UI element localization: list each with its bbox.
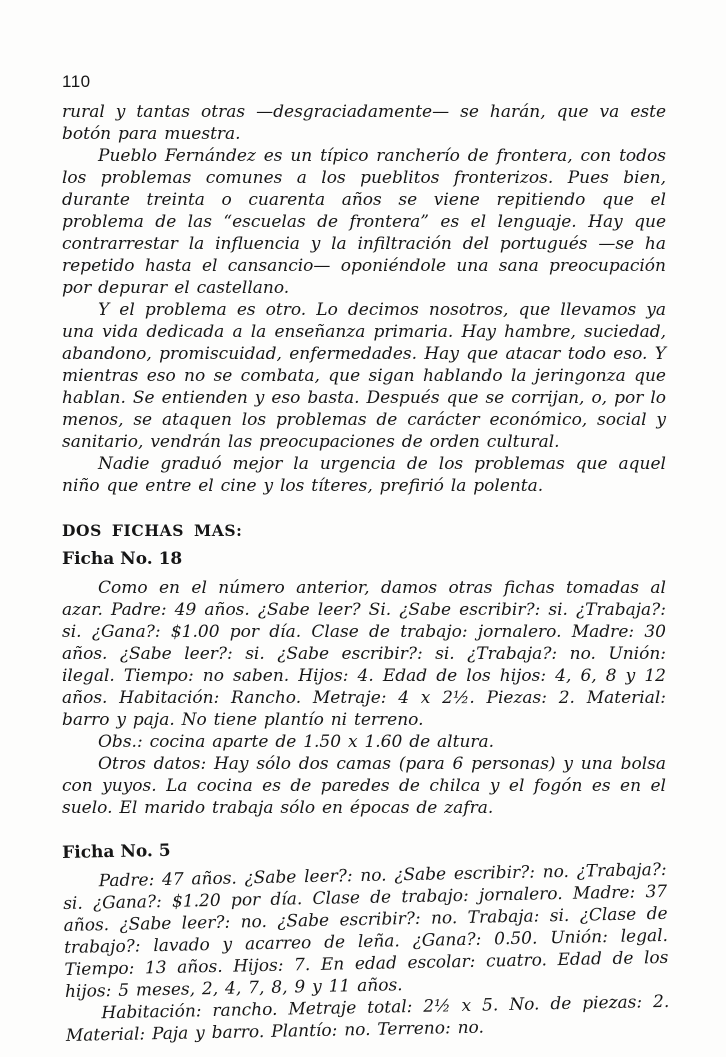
intro-continuation-paragraph: rural y tantas otras —desgraciadamente— … [62,101,666,145]
problema-paragraph: Y el problema es otro. Lo decimos nosotr… [62,299,666,453]
ficha-5-heading: Ficha No. 5 [62,831,666,864]
ficha-5-section: Ficha No. 5 Padre: 47 años. ¿Sabe leer?:… [62,831,670,1047]
nadie-graduo-paragraph: Nadie graduó mejor la urgencia de los pr… [62,453,666,497]
ficha-18-otros-datos-paragraph: Otros datos: Hay sólo dos camas (para 6 … [62,753,666,819]
section-heading-dos-fichas-mas: DOS FICHAS MAS: [62,521,666,540]
page-number: 110 [62,72,666,92]
book-page: 110 rural y tantas otras —desgraciadamen… [0,0,726,1057]
ficha-18-data-paragraph: Como en el número anterior, damos otras … [62,577,666,731]
pueblo-fernandez-paragraph: Pueblo Fernández es un típico rancherío … [62,145,666,299]
ficha-18-obs-paragraph: Obs.: cocina aparte de 1.50 x 1.60 de al… [62,731,666,753]
ficha-5-data-paragraph: Padre: 47 años. ¿Sabe leer?: no. ¿Sabe e… [63,859,670,1003]
ficha-18-heading: Ficha No. 18 [62,549,666,570]
